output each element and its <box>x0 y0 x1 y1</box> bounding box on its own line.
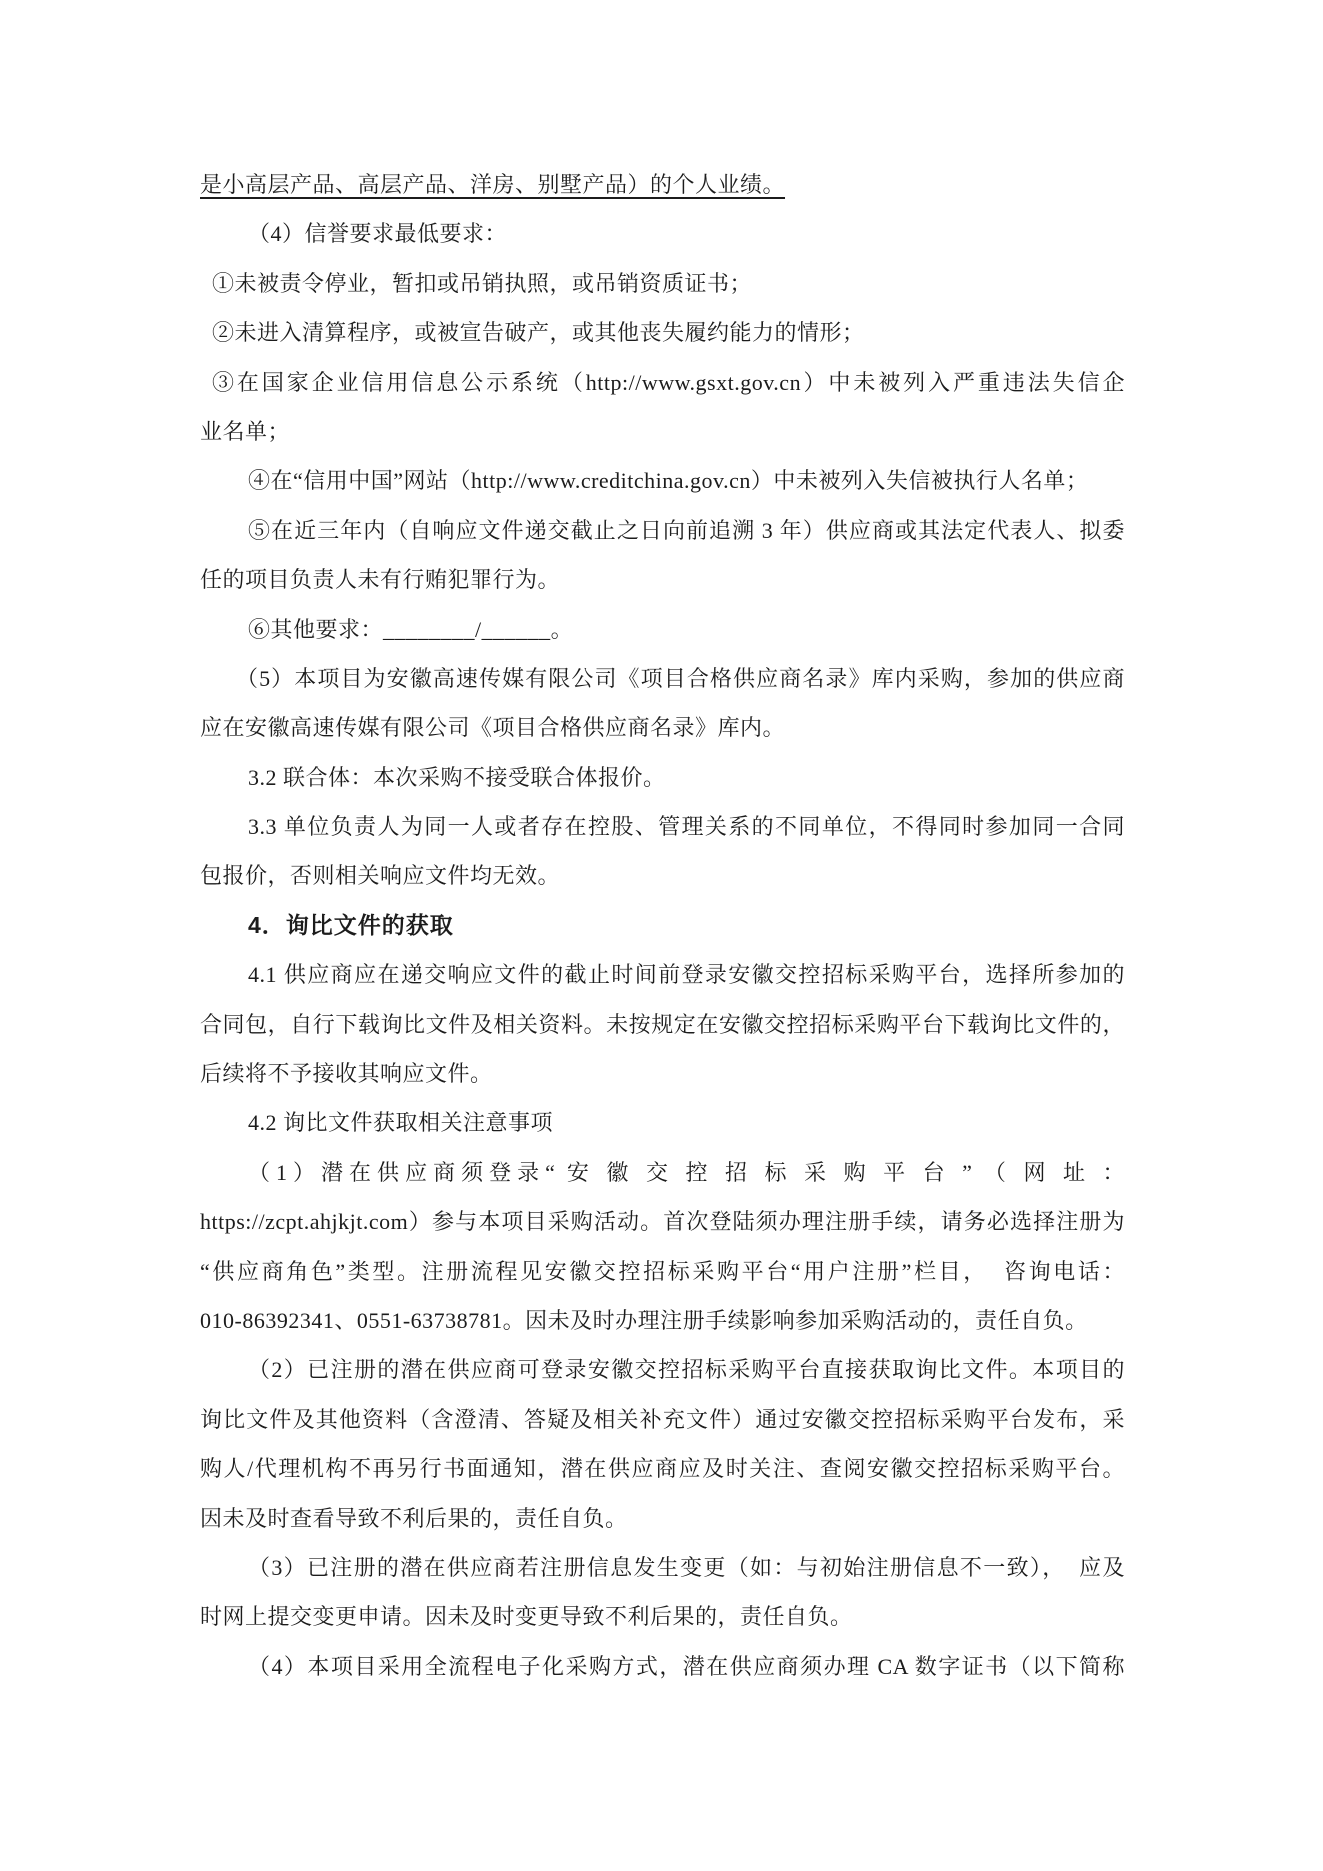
note-3-line-2: 时网上提交变更申请。因未及时变更导致不利后果的，责任自负。 <box>200 1592 1125 1641</box>
credit-item-2: ②未进入清算程序，或被宣告破产，或其他丧失履约能力的情形； <box>200 308 1125 357</box>
continuation-line-underlined: 是小高层产品、高层产品、洋房、别墅产品）的个人业绩。 <box>200 160 1125 209</box>
note-1-line-3: “供应商角色”类型。注册流程见安徽交控招标采购平台“用户注册”栏目， 咨询电话： <box>200 1247 1125 1296</box>
clause-3-3-line-2: 包报价，否则相关响应文件均无效。 <box>200 851 1125 900</box>
note-2-line-1: （2）已注册的潜在供应商可登录安徽交控招标采购平台直接获取询比文件。本项目的 <box>200 1345 1125 1394</box>
item-5-line-1: （5）本项目为安徽高速传媒有限公司《项目合格供应商名录》库内采购，参加的供应商 <box>200 654 1125 703</box>
clause-4-1-line-1: 4.1 供应商应在递交响应文件的截止时间前登录安徽交控招标采购平台，选择所参加的 <box>200 950 1125 999</box>
note-4-line-1: （4）本项目采用全流程电子化采购方式，潜在供应商须办理 CA 数字证书（以下简称 <box>200 1642 1125 1691</box>
note-3-line-1: （3）已注册的潜在供应商若注册信息发生变更（如：与初始注册信息不一致）， 应及 <box>200 1543 1125 1592</box>
document-page: 是小高层产品、高层产品、洋房、别墅产品）的个人业绩。（4）信誉要求最低要求：①未… <box>0 0 1323 1871</box>
note-1-line-2: https://zcpt.ahjkjt.com）参与本项目采购活动。首次登陆须办… <box>200 1197 1125 1246</box>
credit-item-5-line-1: ⑤在近三年内（自响应文件递交截止之日向前追溯 3 年）供应商或其法定代表人、拟委 <box>200 506 1125 555</box>
credit-item-5-line-2: 任的项目负责人未有行贿犯罪行为。 <box>200 555 1125 604</box>
note-1-line-4: 010-86392341、0551-63738781。因未及时办理注册手续影响参… <box>200 1296 1125 1345</box>
section-heading-4: 4．询比文件的获取 <box>200 901 1125 950</box>
credit-item-1: ①未被责令停业，暂扣或吊销执照，或吊销资质证书； <box>200 259 1125 308</box>
item-4-credit-requirements: （4）信誉要求最低要求： <box>200 209 1125 258</box>
note-2-line-2: 询比文件及其他资料（含澄清、答疑及相关补充文件）通过安徽交控招标采购平台发布，采 <box>200 1395 1125 1444</box>
credit-item-3-line-1: ③在国家企业信用信息公示系统（http://www.gsxt.gov.cn）中未… <box>200 358 1125 407</box>
clause-3-2: 3.2 联合体：本次采购不接受联合体报价。 <box>200 753 1125 802</box>
clause-4-1-line-2: 合同包，自行下载询比文件及相关资料。未按规定在安徽交控招标采购平台下载询比文件的… <box>200 1000 1125 1049</box>
credit-item-6-other: ⑥其他要求：________/______。 <box>200 605 1125 654</box>
document-body: 是小高层产品、高层产品、洋房、别墅产品）的个人业绩。（4）信誉要求最低要求：①未… <box>200 160 1125 1691</box>
clause-4-1-line-3: 后续将不予接收其响应文件。 <box>200 1049 1125 1098</box>
note-2-line-3: 购人/代理机构不再另行书面通知，潜在供应商应及时关注、查阅安徽交控招标采购平台。 <box>200 1444 1125 1493</box>
note-1-line-1: （1）潜在供应商须登录“ 安 徽 交 控 招 标 采 购 平 台 ” （ 网 址… <box>200 1148 1125 1197</box>
credit-item-4: ④在“信用中国”网站（http://www.creditchina.gov.cn… <box>200 456 1125 505</box>
note-2-line-4: 因未及时查看导致不利后果的，责任自负。 <box>200 1494 1125 1543</box>
clause-4-2: 4.2 询比文件获取相关注意事项 <box>200 1098 1125 1147</box>
clause-3-3-line-1: 3.3 单位负责人为同一人或者存在控股、管理关系的不同单位，不得同时参加同一合同 <box>200 802 1125 851</box>
item-5-line-2: 应在安徽高速传媒有限公司《项目合格供应商名录》库内。 <box>200 703 1125 752</box>
credit-item-3-line-2: 业名单； <box>200 407 1125 456</box>
